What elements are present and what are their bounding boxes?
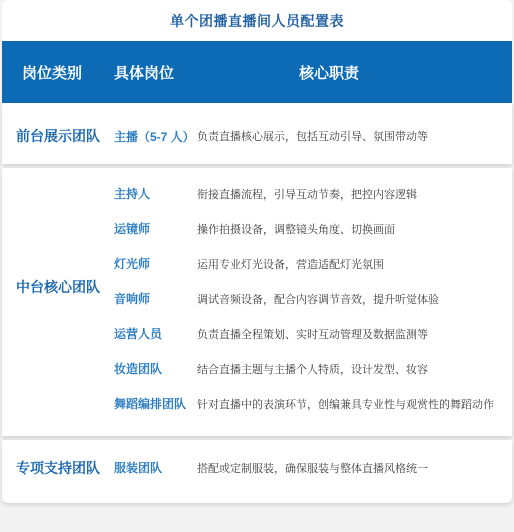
position-cell: 主播（5-7 人）	[114, 128, 197, 145]
header-category: 岗位类别	[2, 62, 114, 83]
page-title: 单个团播直播间人员配置表	[170, 11, 344, 31]
table-section: 专项支持团队 服装团队 搭配或定制服装，确保服装与整体直播风格统一	[2, 440, 512, 503]
duty-cell: 操作拍摄设备，调整镜头角度、切换画面	[197, 221, 512, 237]
duty-cell: 搭配或定制服装，确保服装与整体直播风格统一	[197, 460, 512, 476]
table-top-block: 单个团播直播间人员配置表 岗位类别 具体岗位 核心职责	[2, 0, 512, 103]
table-body: 前台展示团队 主播（5-7 人） 负责直播核心展示，包括互动引导、氛围带动等 中…	[2, 103, 512, 503]
table-row: 运镜师 操作拍摄设备，调整镜头角度、切换画面	[114, 211, 512, 246]
section-rows: 主持人 衔接直播流程，引导互动节奏，把控内容逻辑 运镜师 操作拍摄设备，调整镜头…	[114, 168, 512, 436]
table-section: 中台核心团队 主持人 衔接直播流程，引导互动节奏，把控内容逻辑 运镜师 操作拍摄…	[2, 168, 512, 436]
position-cell: 舞蹈编排团队	[114, 395, 197, 412]
position-cell: 妆造团队	[114, 360, 197, 377]
table-row: 音响师 调试音频设备，配合内容调节音效，提升听觉体验	[114, 281, 512, 316]
table-row: 服装团队 搭配或定制服装，确保服装与整体直播风格统一	[114, 440, 512, 495]
header-position: 具体岗位	[114, 62, 197, 83]
duty-cell: 调试音频设备，配合内容调节音效，提升听觉体验	[197, 291, 512, 307]
duty-cell: 针对直播中的表演环节，创编兼具专业性与观赏性的舞蹈动作	[197, 396, 512, 412]
table-header-row: 岗位类别 具体岗位 核心职责	[2, 41, 512, 103]
header-duty: 核心职责	[197, 62, 359, 83]
table-row: 妆造团队 结合直播主题与主播个人特质，设计发型、妆容	[114, 351, 512, 386]
position-cell: 运营人员	[114, 325, 197, 342]
category-cell: 中台核心团队	[2, 168, 114, 436]
duty-cell: 结合直播主题与主播个人特质，设计发型、妆容	[197, 361, 512, 377]
position-cell: 主持人	[114, 185, 197, 202]
position-cell: 灯光师	[114, 255, 197, 272]
position-cell: 音响师	[114, 290, 197, 307]
duty-cell: 负责直播全程策划、实时互动管理及数据监测等	[197, 326, 512, 342]
table-row: 主播（5-7 人） 负责直播核心展示，包括互动引导、氛围带动等	[114, 108, 512, 164]
table-row: 舞蹈编排团队 针对直播中的表演环节，创编兼具专业性与观赏性的舞蹈动作	[114, 386, 512, 421]
staffing-table-card: 单个团播直播间人员配置表 岗位类别 具体岗位 核心职责 前台展示团队 主播（5-…	[2, 0, 512, 503]
title-bar: 单个团播直播间人员配置表	[2, 0, 512, 41]
duty-cell: 负责直播核心展示，包括互动引导、氛围带动等	[197, 128, 512, 144]
table-row: 运营人员 负责直播全程策划、实时互动管理及数据监测等	[114, 316, 512, 351]
table-row: 灯光师 运用专业灯光设备，营造适配灯光氛围	[114, 246, 512, 281]
position-cell: 运镜师	[114, 220, 197, 237]
duty-cell: 衔接直播流程，引导互动节奏，把控内容逻辑	[197, 186, 512, 202]
table-row: 主持人 衔接直播流程，引导互动节奏，把控内容逻辑	[114, 176, 512, 211]
section-rows: 服装团队 搭配或定制服装，确保服装与整体直播风格统一	[114, 440, 512, 495]
table-section: 前台展示团队 主播（5-7 人） 负责直播核心展示，包括互动引导、氛围带动等	[2, 103, 512, 164]
category-cell: 专项支持团队	[2, 440, 114, 495]
position-cell: 服装团队	[114, 459, 197, 476]
duty-cell: 运用专业灯光设备，营造适配灯光氛围	[197, 256, 512, 272]
category-cell: 前台展示团队	[2, 108, 114, 164]
section-rows: 主播（5-7 人） 负责直播核心展示，包括互动引导、氛围带动等	[114, 108, 512, 164]
